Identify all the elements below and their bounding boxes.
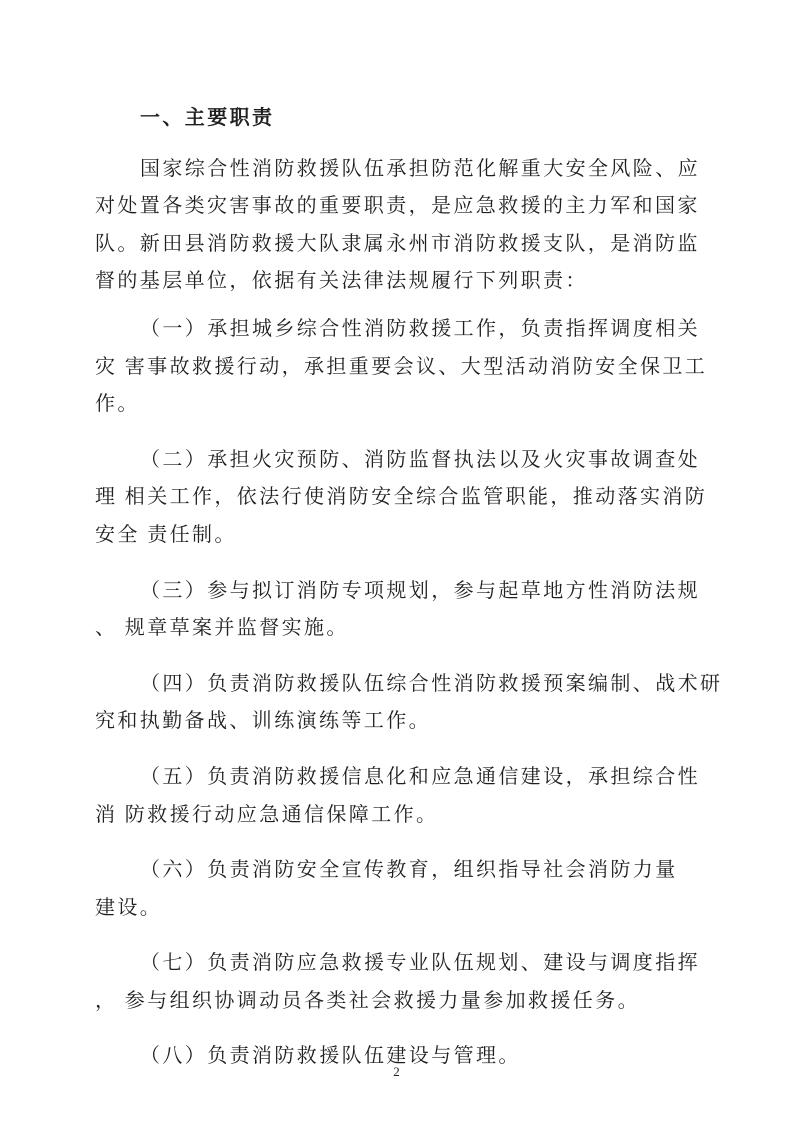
section-heading: 一、主要职责 bbox=[95, 100, 701, 138]
duty-item-5: （五）负责消防救援信息化和应急通信建设，承担综合性 消 防救援行动应急通信保障工… bbox=[95, 759, 701, 834]
duty-item-2: （二）承担火灾预防、消防监督执法以及火灾事故调查处 理 相关工作，依法行使消防安… bbox=[95, 442, 701, 555]
duty-item-6: （六）负责消防安全宣传教育，组织指导社会消防力量 建设。 bbox=[95, 852, 701, 927]
intro-paragraph: 国家综合性消防救援队伍承担防范化解重大安全风险、应 对处置各类灾害事故的重要职责… bbox=[95, 151, 701, 301]
duty-item-7: （七）负责消防应急救援专业队伍规划、建设与调度指挥 ， 参与组织协调动员各类社会… bbox=[95, 945, 701, 1020]
duty-item-3: （三）参与拟订消防专项规划，参与起草地方性消防法规 、 规章草案并监督实施。 bbox=[95, 573, 701, 648]
page-number: 2 bbox=[0, 1064, 793, 1080]
duty-item-4: （四）负责消防救援队伍综合性消防救援预案编制、战术研 究和执勤备战、训练演练等工… bbox=[95, 666, 701, 741]
duty-item-1: （一）承担城乡综合性消防救援工作，负责指挥调度相关 灾 害事故救援行动，承担重要… bbox=[95, 311, 701, 424]
document-content: 一、主要职责 国家综合性消防救援队伍承担防范化解重大安全风险、应 对处置各类灾害… bbox=[95, 100, 701, 1076]
document-page: 一、主要职责 国家综合性消防救援队伍承担防范化解重大安全风险、应 对处置各类灾害… bbox=[0, 0, 793, 1122]
